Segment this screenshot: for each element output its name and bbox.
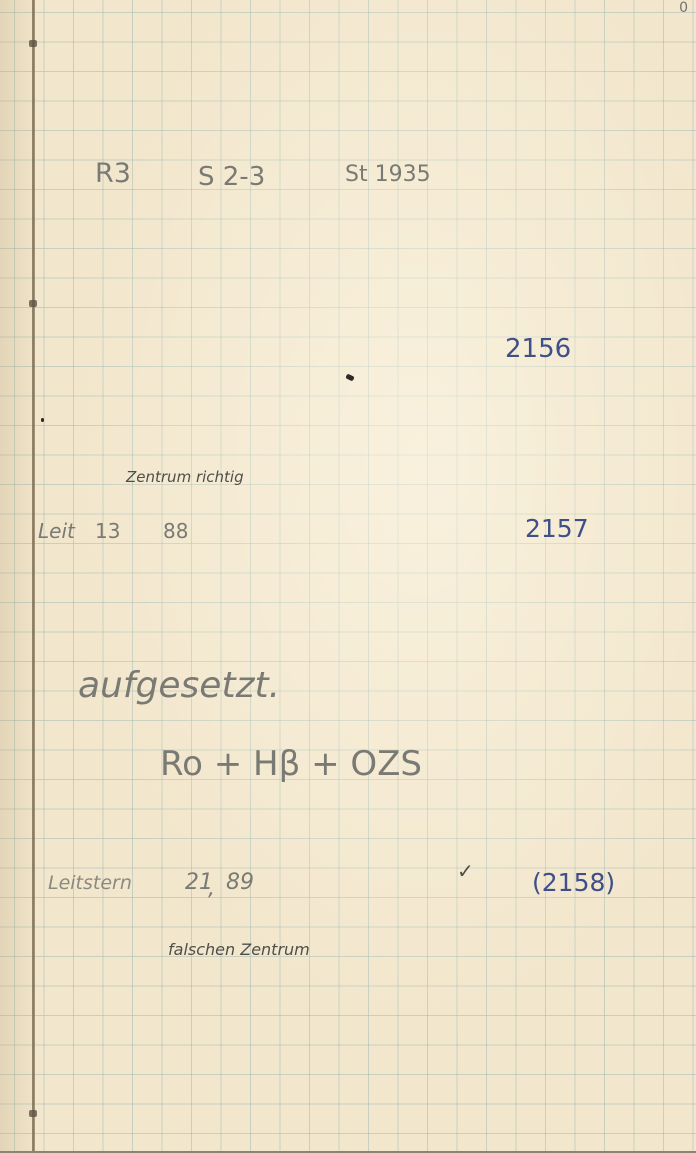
page-margin-shade xyxy=(0,0,33,1153)
staple-hole xyxy=(29,40,37,47)
staple-hole xyxy=(29,300,37,307)
guide-star-label: Leitstern xyxy=(48,874,132,893)
notebook-page: 0 R3 S 2-3 St 1935 2156 Zentrum richtig … xyxy=(0,0,696,1153)
ink-dot xyxy=(41,418,44,422)
entry-number-2158: (2158) xyxy=(532,870,615,895)
guide-star-value-2: 89 xyxy=(226,872,254,894)
check-mark: ✓ xyxy=(457,861,474,881)
binding-line xyxy=(32,0,35,1153)
corner-page-number: 0 xyxy=(679,0,688,16)
date-note: St 1935 xyxy=(345,164,431,186)
entry-number-2157: 2157 xyxy=(525,516,589,541)
guide-value-1: 13 xyxy=(95,521,120,541)
entry-number-2156: 2156 xyxy=(505,336,571,362)
guide-label: Leit xyxy=(38,521,75,541)
series-code: S 2-3 xyxy=(198,164,265,190)
note-filters: Ro + Hβ + OZS xyxy=(160,747,422,781)
annotation-zentrum-richtig: Zentrum richtig xyxy=(126,470,244,485)
plate-id: R3 xyxy=(95,160,131,187)
ink-mark xyxy=(345,374,354,382)
staple-hole xyxy=(29,1110,37,1117)
note-aufgesetzt: aufgesetzt. xyxy=(78,668,280,704)
annotation-falschen-zentrum: falschen Zentrum xyxy=(168,942,310,958)
guide-value-2: 88 xyxy=(163,521,188,541)
comma: , xyxy=(208,878,215,900)
